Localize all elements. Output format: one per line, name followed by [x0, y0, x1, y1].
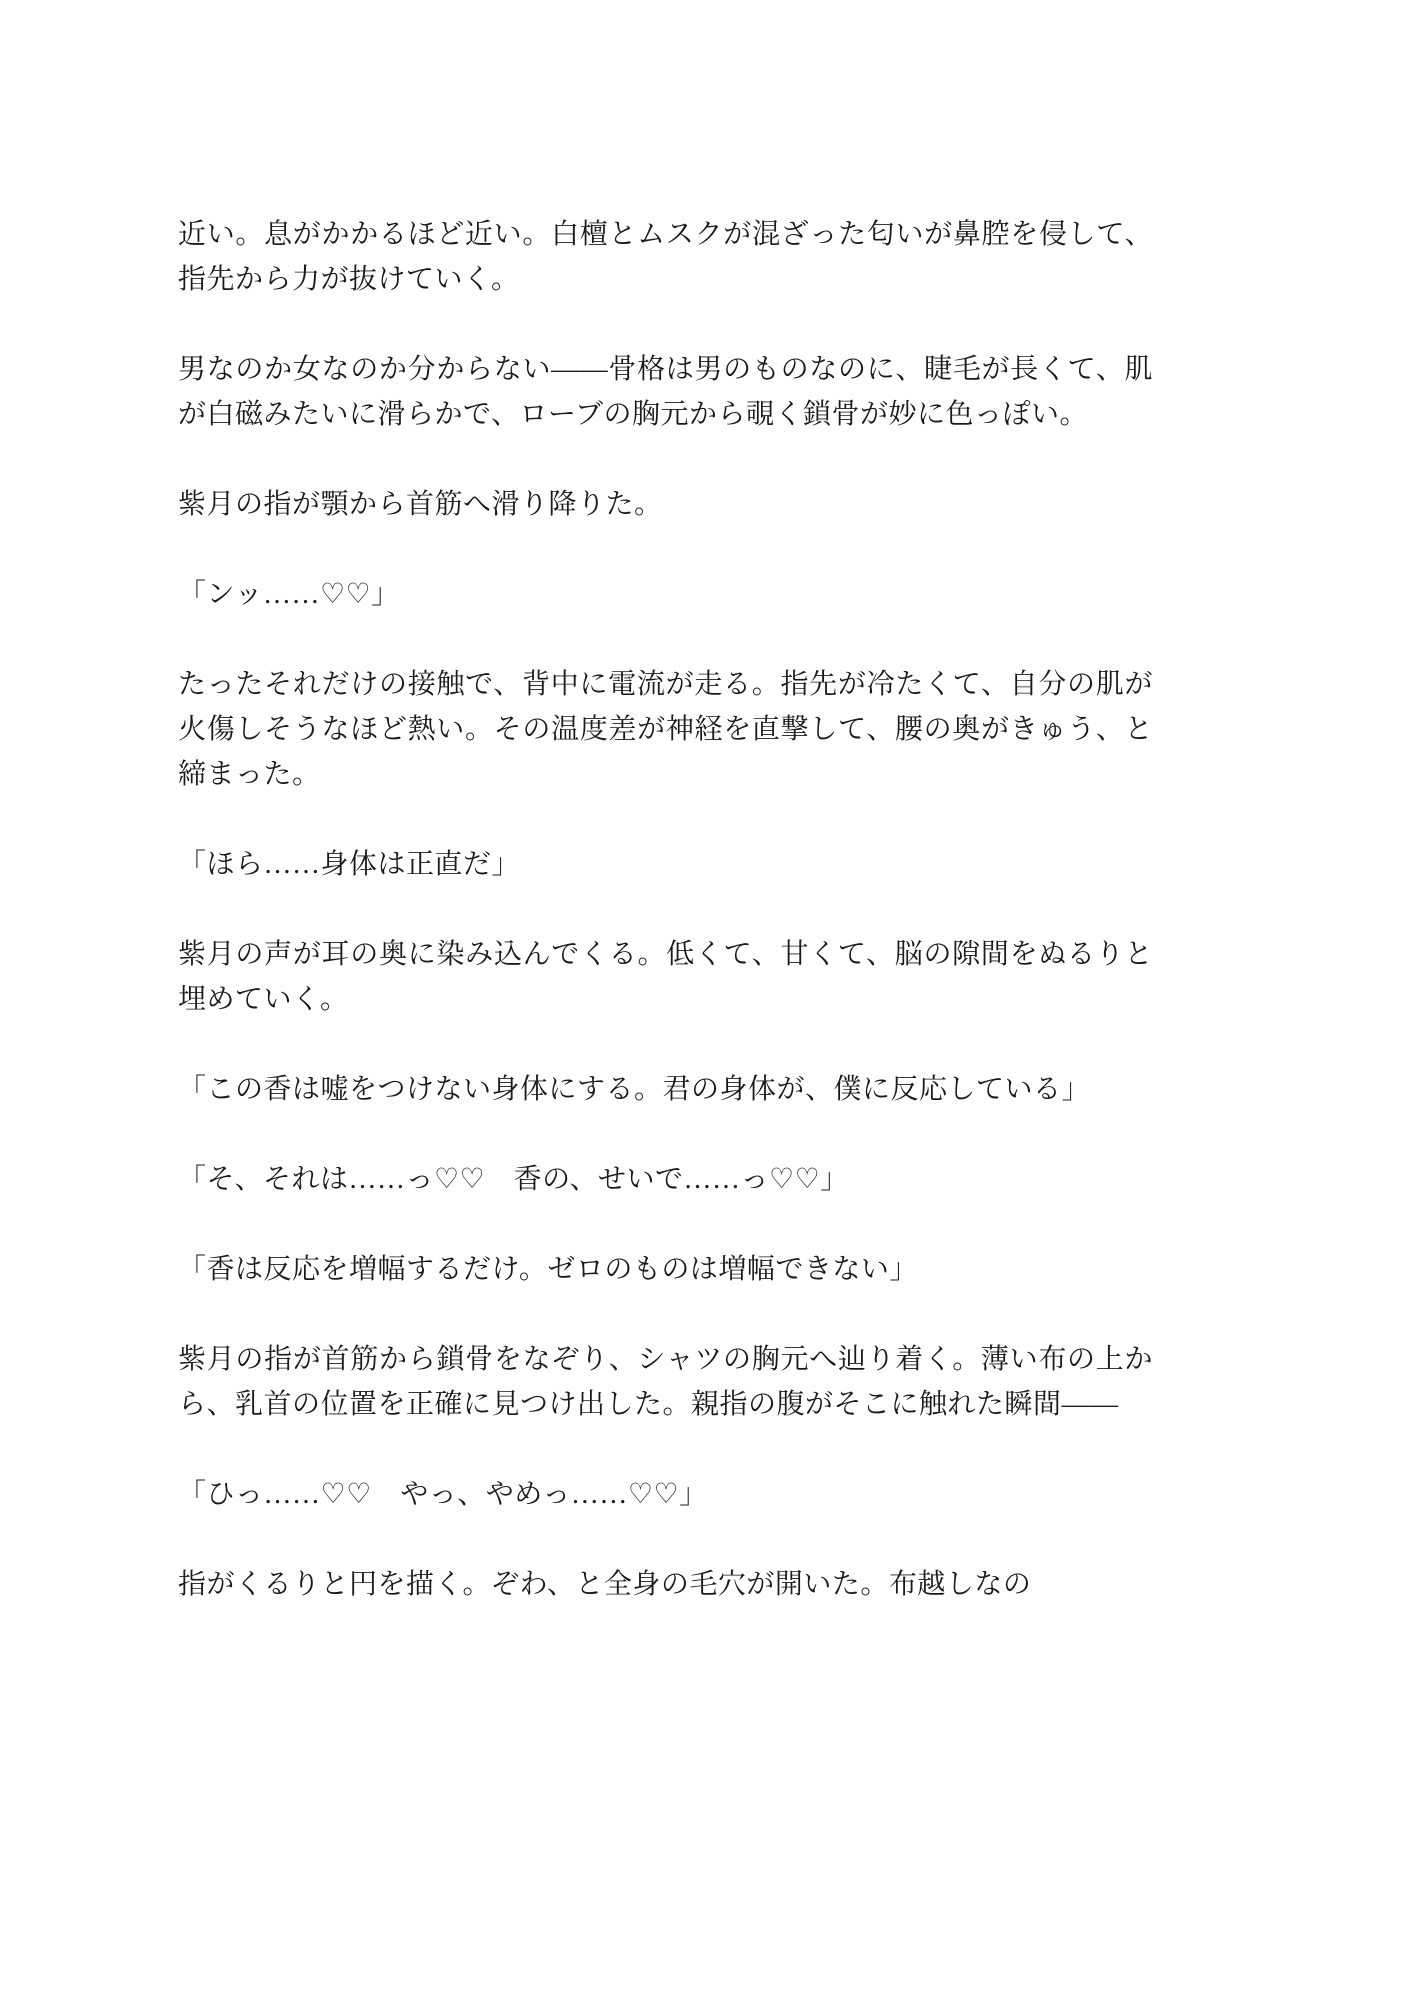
page-content: 近い。息がかかるほど近い。白檀とムスクが混ざった匂いが鼻腔を侵して、指先から力が… [178, 212, 1153, 1607]
paragraph: 紫月の指が首筋から鎖骨をなぞり、シャツの胸元へ辿り着く。薄い布の上から、乳首の位… [178, 1337, 1153, 1427]
paragraph: 「ほら……身体は正直だ」 [178, 842, 1153, 887]
paragraph: 「この香は嘘をつけない身体にする。君の身体が、僕に反応している」 [178, 1067, 1153, 1112]
paragraph: 男なのか女なのか分からない——骨格は男のものなのに、睫毛が長くて、肌が白磁みたい… [178, 347, 1153, 437]
paragraph: 紫月の指が顎から首筋へ滑り降りた。 [178, 482, 1153, 527]
paragraph: 紫月の声が耳の奥に染み込んでくる。低くて、甘くて、脳の隙間をぬるりと埋めていく。 [178, 932, 1153, 1022]
document-page: 近い。息がかかるほど近い。白檀とムスクが混ざった匂いが鼻腔を侵して、指先から力が… [0, 0, 1415, 2000]
paragraph: 指がくるりと円を描く。ぞわ、と全身の毛穴が開いた。布越しなの [178, 1562, 1153, 1607]
paragraph: 「そ、それは……っ♡♡ 香の、せいで……っ♡♡」 [178, 1157, 1153, 1202]
paragraph: 近い。息がかかるほど近い。白檀とムスクが混ざった匂いが鼻腔を侵して、指先から力が… [178, 212, 1153, 302]
paragraph: たったそれだけの接触で、背中に電流が走る。指先が冷たくて、自分の肌が火傷しそうな… [178, 662, 1153, 797]
paragraph: 「香は反応を増幅するだけ。ゼロのものは増幅できない」 [178, 1247, 1153, 1292]
paragraph: 「ンッ……♡♡」 [178, 572, 1153, 617]
paragraph: 「ひっ……♡♡ やっ、やめっ……♡♡」 [178, 1472, 1153, 1517]
